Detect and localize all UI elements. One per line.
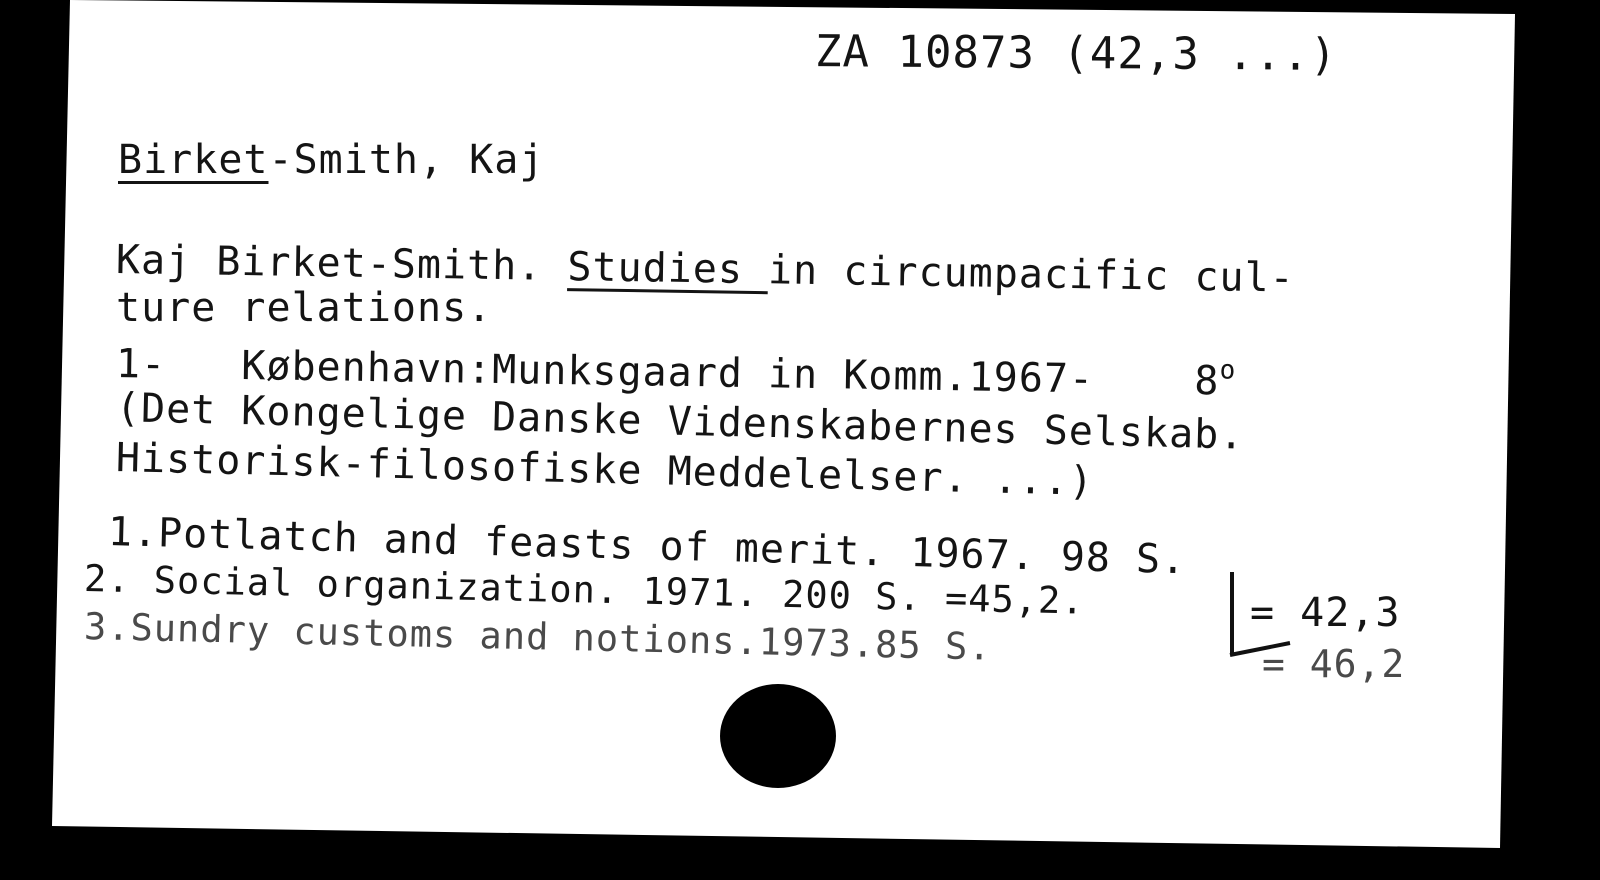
- heading-underlined: Birket: [118, 137, 269, 183]
- volume-range: 1-: [116, 341, 167, 388]
- title-underlined: Studies: [567, 244, 768, 293]
- author-heading: Birket-Smith, Kaj: [118, 140, 544, 180]
- title-author: Kaj Birket-Smith.: [116, 237, 568, 290]
- title-rest: in circumpacific cul-: [768, 247, 1295, 301]
- format-sup: o: [1219, 355, 1236, 385]
- volume-3-annotation: = 46,2: [1262, 645, 1405, 683]
- catalog-card: ZA 10873 (42,3 ...) Birket-Smith, Kaj Ka…: [0, 0, 1600, 880]
- title-line-2: ture relations.: [116, 288, 492, 328]
- heading-rest: -Smith, Kaj: [269, 137, 545, 183]
- volume-2-annotation: = 42,3: [1250, 593, 1401, 633]
- punch-hole: [720, 684, 836, 788]
- format: 8: [1194, 358, 1220, 404]
- call-number: ZA 10873 (42,3 ...): [815, 30, 1338, 78]
